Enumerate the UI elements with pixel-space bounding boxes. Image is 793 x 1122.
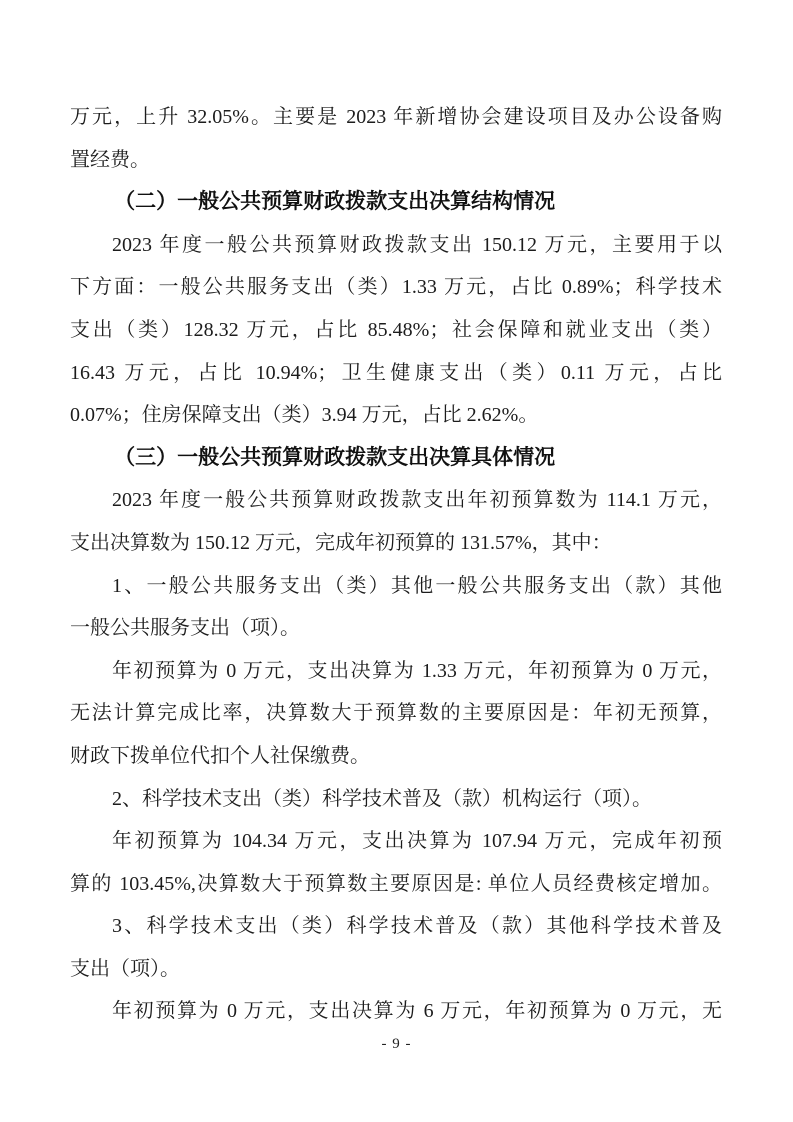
- document-line: 16.43 万元，占比 10.94%；卫生健康支出（类）0.11 万元，占比: [70, 352, 722, 395]
- document-line: 支出决算数为 150.12 万元，完成年初预算的 131.57%，其中：: [70, 522, 722, 565]
- document-line: 支出（项）。: [70, 948, 722, 991]
- document-line: 年初预算为 0 万元，支出决算为 6 万元，年初预算为 0 万元，无: [70, 990, 722, 1033]
- document-line: 算的 103.45%,决算数大于预算数主要原因是: 单位人员经费核定增加。: [70, 863, 722, 906]
- document-line: 年初预算为 104.34 万元，支出决算为 107.94 万元，完成年初预: [70, 820, 722, 863]
- document-line: 财政下拨单位代扣个人社保缴费。: [70, 735, 722, 778]
- document-body: 万元，上升 32.05%。主要是 2023 年新增协会建设项目及办公设备购置经费…: [70, 96, 722, 1033]
- document-line: 0.07%；住房保障支出（类）3.94 万元，占比 2.62%。: [70, 394, 722, 437]
- section-heading: （二）一般公共预算财政拨款支出决算结构情况: [70, 181, 722, 224]
- document-line: 2023 年度一般公共预算财政拨款支出年初预算数为 114.1 万元，: [70, 479, 722, 522]
- document-line: 2023 年度一般公共预算财政拨款支出 150.12 万元，主要用于以: [70, 224, 722, 267]
- document-line: 万元，上升 32.05%。主要是 2023 年新增协会建设项目及办公设备购: [70, 96, 722, 139]
- document-line: 1、一般公共服务支出（类）其他一般公共服务支出（款）其他: [70, 565, 722, 608]
- document-line: 无法计算完成比率，决算数大于预算数的主要原因是：年初无预算，: [70, 692, 722, 735]
- document-line: 年初预算为 0 万元，支出决算为 1.33 万元，年初预算为 0 万元，: [70, 650, 722, 693]
- document-line: 一般公共服务支出（项）。: [70, 607, 722, 650]
- document-line: 支出（类）128.32 万元，占比 85.48%；社会保障和就业支出（类）: [70, 309, 722, 352]
- page-number: - 9 -: [0, 1036, 793, 1053]
- document-page: 万元，上升 32.05%。主要是 2023 年新增协会建设项目及办公设备购置经费…: [0, 0, 793, 1122]
- document-line: 3、科学技术支出（类）科学技术普及（款）其他科学技术普及: [70, 905, 722, 948]
- document-line: 下方面：一般公共服务支出（类）1.33 万元，占比 0.89%；科学技术: [70, 266, 722, 309]
- section-heading: （三）一般公共预算财政拨款支出决算具体情况: [70, 437, 722, 480]
- document-line: 置经费。: [70, 139, 722, 182]
- document-line: 2、科学技术支出（类）科学技术普及（款）机构运行（项）。: [70, 778, 722, 821]
